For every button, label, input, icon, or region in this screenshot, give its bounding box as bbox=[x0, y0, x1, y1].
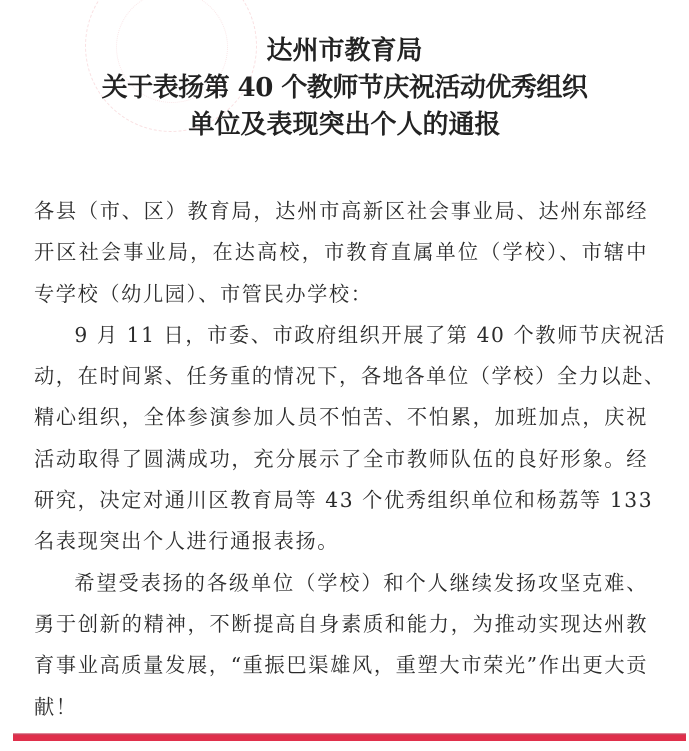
red-separator-rule bbox=[13, 734, 686, 741]
paragraph-line: 勇于创新的精神，不断提高自身素质和能力，为推动实现达州教 bbox=[34, 604, 648, 645]
issuer-title: 达州市教育局 bbox=[0, 33, 689, 70]
paragraph-line: 研究，决定对通川区教育局等 43 个优秀组织单位和杨荔等 133 bbox=[34, 480, 648, 521]
paragraph-line: 活动取得了圆满成功，充分展示了全市教师队伍的良好形象。经 bbox=[34, 439, 648, 480]
body-paragraph-1: 9 月 11 日，市委、市政府组织开展了第 40 个教师节庆祝活 动，在时间紧、… bbox=[34, 315, 648, 563]
subject-title-line-2: 单位及表现突出个人的通报 bbox=[0, 107, 689, 144]
paragraph-line: 献！ bbox=[34, 687, 648, 728]
paragraph-line: 育事业高质量发展，“重振巴渠雄风，重塑大市荣光”作出更大贡 bbox=[34, 645, 648, 686]
addressee-line: 各县（市、区）教育局，达州市高新区社会事业局、达州东部经 bbox=[34, 191, 648, 232]
paragraph-line: 9 月 11 日，市委、市政府组织开展了第 40 个教师节庆祝活 bbox=[34, 315, 648, 356]
addressee-line: 专学校（幼儿园）、市管民办学校： bbox=[34, 274, 648, 315]
paragraph-line: 希望受表扬的各级单位（学校）和个人继续发扬攻坚克难、 bbox=[34, 563, 648, 604]
paragraph-line: 精心组织，全体参演参加人员不怕苦、不怕累，加班加点，庆祝 bbox=[34, 397, 648, 438]
document-body: 各县（市、区）教育局，达州市高新区社会事业局、达州东部经 开区社会事业局，在达高… bbox=[34, 191, 648, 728]
body-paragraph-2: 希望受表扬的各级单位（学校）和个人继续发扬攻坚克难、 勇于创新的精神，不断提高自… bbox=[34, 563, 648, 728]
paragraph-line: 名表现突出个人进行通报表扬。 bbox=[34, 521, 648, 562]
paragraph-line: 动，在时间紧、任务重的情况下，各地各单位（学校）全力以赴、 bbox=[34, 356, 648, 397]
addressee-line: 开区社会事业局，在达高校，市教育直属单位（学校）、市辖中 bbox=[34, 232, 648, 273]
document-title: 达州市教育局 关于表扬第 40 个教师节庆祝活动优秀组织 单位及表现突出个人的通… bbox=[0, 33, 689, 144]
subject-title-line-1: 关于表扬第 40 个教师节庆祝活动优秀组织 bbox=[0, 70, 689, 107]
addressee-paragraph: 各县（市、区）教育局，达州市高新区社会事业局、达州东部经 开区社会事业局，在达高… bbox=[34, 191, 648, 315]
